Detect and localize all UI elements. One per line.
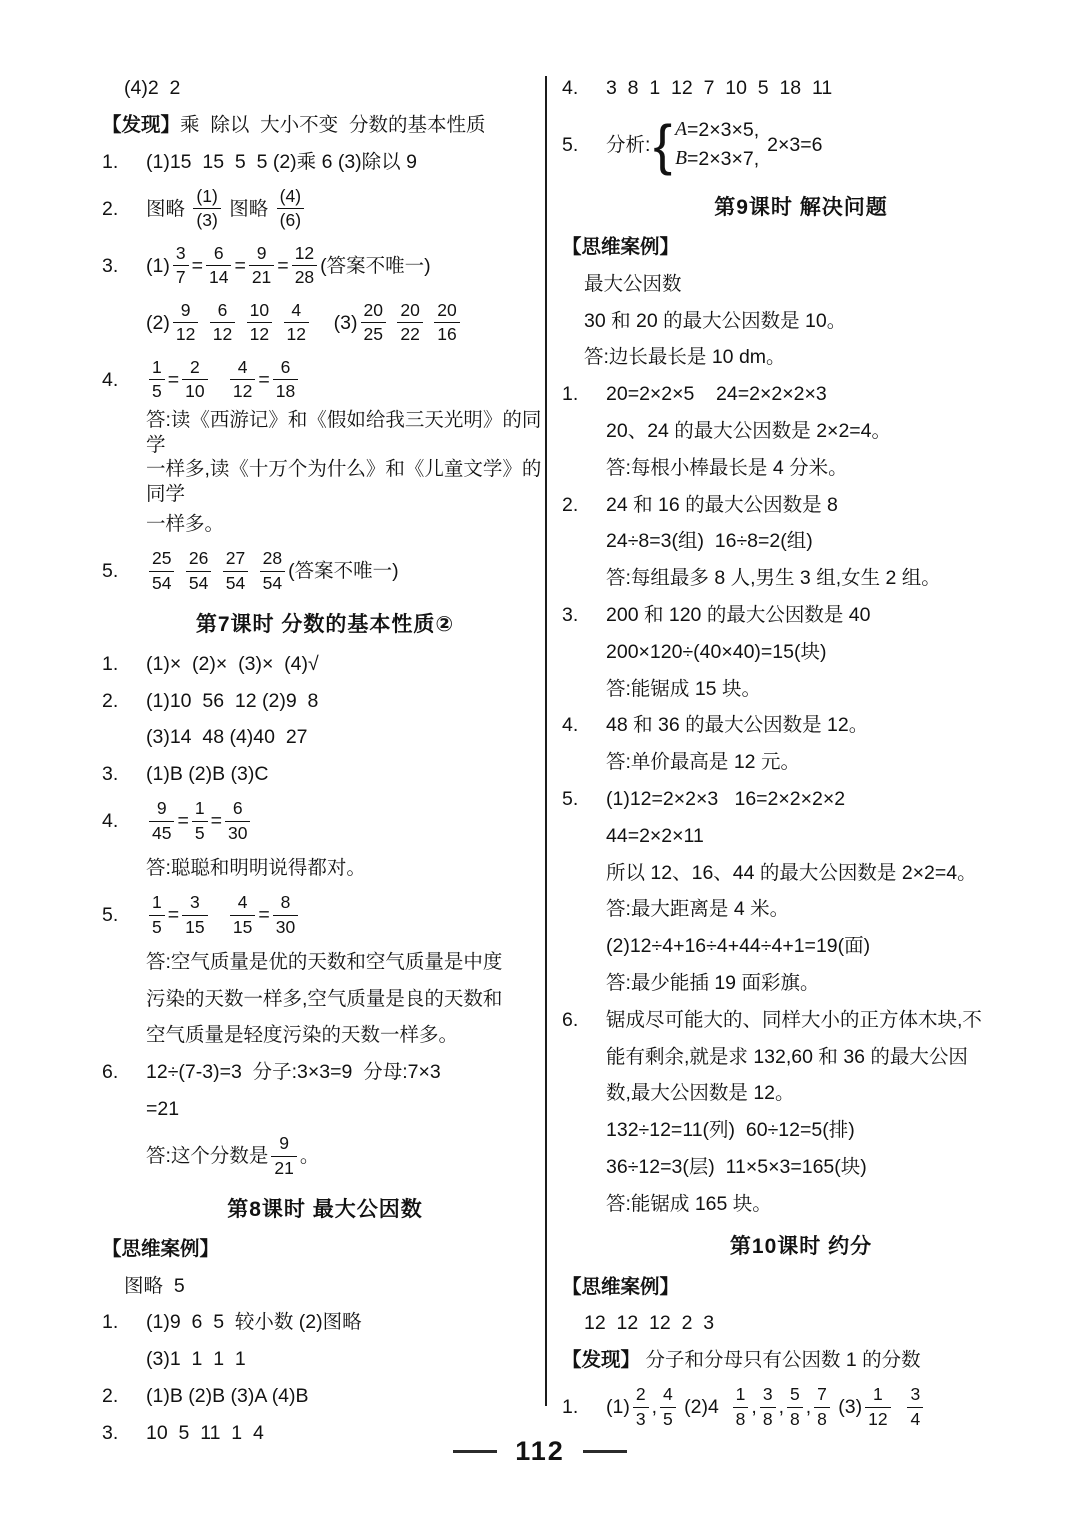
fraction: 412 [230, 359, 255, 401]
fraction: 2754 [223, 550, 248, 592]
answer-item: 1.(1)23,45 (2)4 18,38,58,78 (3)112 34 [562, 1379, 1040, 1436]
fraction-denominator: 14 [206, 265, 231, 287]
text-run: (1)10 56 12 (2)9 8 [146, 689, 318, 713]
line-content: 所以 12、16、44 的最大公因数是 2×2=4。 [606, 861, 977, 885]
text-run: 44=2×2×11 [606, 824, 704, 848]
fraction: 315 [182, 894, 207, 936]
item-number: 1. [102, 652, 146, 676]
fraction: 2025 [361, 302, 386, 344]
line-content: 30 和 20 的最大公因数是 10。 [584, 309, 846, 333]
fraction: 210 [182, 359, 207, 401]
line-content: 能有剩余,就是求 132,60 和 36 的最大公因 [606, 1045, 968, 1069]
text-run: = [168, 903, 179, 927]
line-content: 答:最大距离是 4 米。 [606, 897, 789, 921]
text-run: 答:最少能插 19 面彩旗。 [606, 971, 819, 995]
answer-line: 答:能锯成 165 块。 [606, 1186, 1040, 1223]
line-content: 答:边长最长是 10 dm。 [584, 345, 786, 369]
line-content: (1)B (2)B (3)C [146, 762, 268, 786]
answer-line: 答:每根小棒最长是 4 分米。 [606, 450, 1040, 487]
text-run [201, 311, 206, 335]
answer-line: (3)1 1 1 1 [146, 1341, 548, 1378]
brace-rows: A=2×3×5,B=2×3×7, [675, 118, 759, 172]
fraction: 612 [210, 302, 235, 344]
fraction-denominator: 8 [814, 1407, 830, 1429]
fraction-denominator: 54 [186, 571, 211, 593]
text-run: 最大公因数 [584, 272, 682, 296]
line-content: 24 和 16 的最大公因数是 8 [606, 493, 838, 517]
fraction-denominator: 4 [907, 1407, 923, 1429]
line-content: =21 [146, 1097, 179, 1121]
answer-line: 答:最少能插 19 面彩旗。 [606, 965, 1040, 1002]
answer-item: 2.图略 (1)(3) 图略 (4)(6) [102, 180, 548, 237]
line-content: 20=2×2×5 24=2×2×2×3 [606, 382, 827, 406]
fraction-denominator: 12 [284, 322, 309, 344]
fraction: 23 [633, 1386, 649, 1428]
line-content: (2)912 612 1012 412 (3)2025 2022 2016 [146, 302, 463, 344]
item-number: 4. [102, 368, 146, 392]
fraction-denominator: 12 [230, 379, 255, 401]
line-content: 答:能锯成 15 块。 [606, 677, 761, 701]
line-content: 200 和 120 的最大公因数是 40 [606, 603, 870, 627]
text-run: 36÷12=3(层) 11×5×3=165(块) [606, 1155, 867, 1179]
analysis-line: 5.分析:{A=2×3×5,B=2×3×7,2×3=6 [562, 107, 1040, 183]
text-run: (1)× (2)× (3)× (4)√ [146, 652, 319, 676]
line-content: 945=15=630 [146, 800, 253, 842]
fraction-denominator: 45 [149, 821, 174, 843]
text-run [894, 1395, 905, 1419]
text-run [211, 368, 227, 392]
text-run: 24 和 16 的最大公因数是 8 [606, 493, 838, 517]
fraction-numerator: 26 [186, 550, 211, 571]
answer-item: 2.(1)10 56 12 (2)9 8 [102, 682, 548, 719]
answer-line: 最大公因数 [584, 266, 1040, 303]
answer-line: 24÷8=3(组) 16÷8=2(组) [606, 523, 1040, 560]
fraction-denominator: 16 [434, 322, 459, 344]
text-run [177, 559, 182, 583]
answer-item: 4.48 和 36 的最大公因数是 12。 [562, 707, 1040, 744]
line-content: 【发现】 分子和分母只有公因数 1 的分数 [562, 1348, 921, 1372]
text-run: 所以 12、16、44 的最大公因数是 2×2=4。 [606, 861, 977, 885]
line-content: 一样多。 [146, 512, 224, 536]
text-run: (3) [312, 311, 358, 335]
answer-line: 答:单价最高是 12 元。 [606, 744, 1040, 781]
line-content: 空气质量是轻度污染的天数一样多。 [146, 1023, 458, 1047]
fraction-denominator: (3) [193, 208, 220, 230]
text-run: = [234, 254, 245, 278]
answer-line: 36÷12=3(层) 11×5×3=165(块) [606, 1149, 1040, 1186]
text-run: =2×3×5, [687, 118, 759, 142]
left-column: (4)2 2【发现】乘 除以 大小不变 分数的基本性质1.(1)15 15 5 … [102, 70, 548, 1451]
answer-line: 答:聪聪和明明说得都对。 [146, 850, 548, 887]
fraction-numerator: 9 [276, 1135, 292, 1156]
fraction: 37 [173, 245, 189, 287]
text-run: 答:边长最长是 10 dm。 [584, 345, 786, 369]
fraction-numerator: 5 [787, 1386, 803, 1407]
answer-item: 4.3 8 1 12 7 10 5 18 11 [562, 70, 1040, 107]
text-run: (1)B (2)B (3)A (4)B [146, 1384, 309, 1408]
text-run [251, 559, 256, 583]
page-number: 112 [515, 1436, 565, 1467]
answer-item: 3.(1)B (2)B (3)C [102, 756, 548, 793]
text-run: 答:聪聪和明明说得都对。 [146, 856, 366, 880]
text-run: 24÷8=3(组) 16÷8=2(组) [606, 529, 813, 553]
fraction-numerator: 6 [230, 800, 246, 821]
answer-line: (4)2 2 [124, 70, 548, 107]
answer-line: (3)14 48 (4)40 27 [146, 719, 548, 756]
answer-item: 1.(1)9 6 5 较小数 (2)图略 [102, 1304, 548, 1341]
item-number: 4. [102, 809, 146, 833]
line-content: 数,最大公因数是 12。 [606, 1081, 795, 1105]
line-content: 【思维案例】 [562, 1275, 679, 1299]
fraction: 58 [787, 1386, 803, 1428]
fraction-denominator: 25 [361, 322, 386, 344]
text-run: 答:空气质量是优的天数和空气质量是中度 [146, 950, 502, 974]
answer-line: 答:最大距离是 4 米。 [606, 891, 1040, 928]
fraction-denominator: 7 [173, 265, 189, 287]
fraction-denominator: 30 [273, 915, 298, 937]
line-content: 15=210 412=618 [146, 359, 301, 401]
fraction-numerator: (4) [277, 188, 304, 209]
line-content: (1)× (2)× (3)× (4)√ [146, 652, 319, 676]
text-run: 30 和 20 的最大公因数是 10。 [584, 309, 846, 333]
fraction-numerator: 20 [397, 302, 422, 323]
section-heading: 第10课时 约分 [562, 1222, 1040, 1268]
fraction-numerator: 7 [814, 1386, 830, 1407]
fraction: 15 [149, 359, 165, 401]
line-content: (3)1 1 1 1 [146, 1347, 246, 1371]
fraction-denominator: 54 [223, 571, 248, 593]
line-content: (1)15 15 5 5 (2)乘 6 (3)除以 9 [146, 150, 417, 174]
text-run [238, 311, 243, 335]
text-run: (3)14 48 (4)40 27 [146, 725, 308, 749]
line-content: 答:这个分数是921。 [146, 1135, 319, 1177]
line-content: 答:空气质量是优的天数和空气质量是中度 [146, 950, 502, 974]
line-content: 污染的天数一样多,空气质量是良的天数和 [146, 987, 502, 1011]
item-number: 2. [562, 493, 606, 517]
answer-item: 4.15=210 412=618 [102, 351, 548, 408]
text-run: =21 [146, 1097, 179, 1121]
fraction: 830 [273, 894, 298, 936]
fraction: 1228 [292, 245, 317, 287]
answer-item: 5.(1)12=2×2×3 16=2×2×2×2 [562, 781, 1040, 818]
text-run [211, 903, 227, 927]
fraction: 15 [192, 800, 208, 842]
text-run: 污染的天数一样多,空气质量是良的天数和 [146, 987, 502, 1011]
text-run: 200×120÷(40×40)=15(块) [606, 640, 826, 664]
fraction: 415 [230, 894, 255, 936]
fraction: 18 [733, 1386, 749, 1428]
text-run: 能有剩余,就是求 132,60 和 36 的最大公因 [606, 1045, 968, 1069]
line-content: 12 12 12 2 3 [584, 1311, 714, 1335]
line-content: 图略 5 [124, 1274, 185, 1298]
text-run: 空气质量是轻度污染的天数一样多。 [146, 1023, 458, 1047]
text-run: 3 8 1 12 7 10 5 18 11 [606, 76, 832, 100]
item-number: 5. [562, 133, 606, 157]
line-content: 答:单价最高是 12 元。 [606, 750, 800, 774]
text-run: (1)15 15 5 5 (2)乘 6 (3)除以 9 [146, 150, 417, 174]
line-content: (2)12÷4+16÷4+44÷4+1=19(面) [606, 934, 870, 958]
text-run: 答:单价最高是 12 元。 [606, 750, 800, 774]
answer-line: 数,最大公因数是 12。 [606, 1075, 1040, 1112]
line-content: (1)37=614=921=1228(答案不唯一) [146, 245, 431, 287]
text-run: 答:这个分数是 [146, 1144, 268, 1168]
line-content: 44=2×2×11 [606, 824, 704, 848]
answer-line: 答:读《西游记》和《假如给我三天光明》的同学 [146, 408, 548, 457]
answer-line: 一样多。 [146, 506, 548, 543]
text-run: 图略 5 [124, 1274, 185, 1298]
item-number: 2. [102, 689, 146, 713]
text-run: = [177, 809, 188, 833]
fraction-numerator: 1 [870, 1386, 886, 1407]
text-run: 132÷12=11(列) 60÷12=5(排) [606, 1118, 855, 1142]
fraction-denominator: 8 [787, 1407, 803, 1429]
line-content: 2554 2654 2754 2854(答案不唯一) [146, 550, 399, 592]
item-number: 5. [562, 787, 606, 811]
fraction: 78 [814, 1386, 830, 1428]
answer-item: 3.200 和 120 的最大公因数是 40 [562, 597, 1040, 634]
text-run: (3) [833, 1395, 862, 1419]
answer-line: 30 和 20 的最大公因数是 10。 [584, 302, 1040, 339]
line-content: 20、24 的最大公因数是 2×2=4。 [606, 419, 891, 443]
brace-row: B=2×3×7, [675, 147, 759, 171]
answer-line: 132÷12=11(列) 60÷12=5(排) [606, 1112, 1040, 1149]
text-run: (1) [146, 254, 170, 278]
tag-label: 【思维案例】 [562, 1275, 679, 1299]
text-run: (1)12=2×2×3 16=2×2×2×2 [606, 787, 845, 811]
fraction: 921 [271, 1135, 296, 1177]
line-content: 36÷12=3(层) 11×5×3=165(块) [606, 1155, 867, 1179]
text-run: 分析: [606, 133, 650, 157]
answer-line: 20、24 的最大公因数是 2×2=4。 [606, 413, 1040, 450]
line-content: 【发现】乘 除以 大小不变 分数的基本性质 [102, 113, 486, 137]
fraction-numerator: 3 [173, 245, 189, 266]
fraction-numerator: 3 [907, 1386, 923, 1407]
text-run: =2×3×7, [687, 147, 759, 171]
item-number: 6. [102, 1060, 146, 1084]
fraction: 34 [907, 1386, 923, 1428]
fraction-numerator: 1 [149, 894, 165, 915]
text-run: 分子和分母只有公因数 1 的分数 [640, 1348, 921, 1372]
text-run: 数,最大公因数是 12。 [606, 1081, 795, 1105]
answer-item: 6.锯成尽可能大的、同样大小的正方体木块,不 [562, 1002, 1040, 1039]
fraction-denominator: 12 [210, 322, 235, 344]
answer-line: (2)912 612 1012 412 (3)2025 2022 2016 [146, 294, 548, 351]
item-number: 4. [562, 76, 606, 100]
fraction-numerator: 6 [278, 359, 294, 380]
fraction-denominator: 8 [733, 1407, 749, 1429]
line-content: 答:读《西游记》和《假如给我三天光明》的同学 [146, 408, 548, 457]
text-run: A [675, 118, 687, 142]
text-run: 。 [300, 1144, 320, 1168]
fraction: 2554 [149, 550, 174, 592]
fraction: 2022 [397, 302, 422, 344]
fraction-numerator: 9 [154, 800, 170, 821]
text-run: 答:能锯成 165 块。 [606, 1192, 772, 1216]
answer-line: 空气质量是轻度污染的天数一样多。 [146, 1017, 548, 1054]
right-column: 4.3 8 1 12 7 10 5 18 115.分析:{A=2×3×5,B=2… [562, 70, 1040, 1436]
text-run: 答:读《西游记》和《假如给我三天光明》的同学 [146, 408, 548, 457]
fraction: 2016 [434, 302, 459, 344]
fraction-numerator: 20 [361, 302, 386, 323]
line-content: (1)9 6 5 较小数 (2)图略 [146, 1310, 362, 1334]
fraction-denominator: 12 [247, 322, 272, 344]
fraction-numerator: 2 [187, 359, 203, 380]
fraction: (1)(3) [193, 188, 220, 230]
fraction-denominator: 5 [192, 821, 208, 843]
fraction-numerator: (1) [193, 188, 220, 209]
fraction-denominator: 28 [292, 265, 317, 287]
answer-item: 2.(1)B (2)B (3)A (4)B [102, 1378, 548, 1415]
text-run: = [277, 254, 288, 278]
page-footer: 112 [0, 1436, 1080, 1467]
fraction-denominator: 5 [149, 915, 165, 937]
text-run: 乘 除以 大小不变 分数的基本性质 [180, 113, 486, 137]
fraction: 15 [149, 894, 165, 936]
text-run: = [192, 254, 203, 278]
fraction-numerator: 8 [278, 894, 294, 915]
line-content: 答:每组最多 8 人,男生 3 组,女生 2 组。 [606, 566, 941, 590]
section-heading: 第8课时 最大公因数 [102, 1185, 548, 1231]
fraction-denominator: (6) [277, 208, 304, 230]
text-run: (2)12÷4+16÷4+44÷4+1=19(面) [606, 934, 870, 958]
line-content: 3 8 1 12 7 10 5 18 11 [606, 76, 832, 100]
section-heading: 第7课时 分数的基本性质② [102, 600, 548, 646]
text-run: (3)1 1 1 1 [146, 1347, 246, 1371]
text-run: = [211, 809, 222, 833]
fraction: 112 [865, 1386, 890, 1428]
text-run: 图略 [224, 197, 274, 221]
answer-item: 5.2554 2654 2754 2854(答案不唯一) [102, 543, 548, 600]
line-content: 最大公因数 [584, 272, 682, 296]
answer-line: 44=2×2×11 [606, 818, 1040, 855]
text-run: (答案不唯一) [288, 559, 399, 583]
answer-line: 【思维案例】 [562, 1268, 1040, 1305]
line-content: 48 和 36 的最大公因数是 12。 [606, 713, 868, 737]
line-content: 132÷12=11(列) 60÷12=5(排) [606, 1118, 855, 1142]
text-run [214, 559, 219, 583]
footer-right-dash [583, 1450, 627, 1453]
fraction: 614 [206, 245, 231, 287]
answer-item: 4.945=15=630 [102, 793, 548, 850]
line-content: 200×120÷(40×40)=15(块) [606, 640, 826, 664]
text-run: = [258, 903, 269, 927]
text-run: 一样多。 [146, 512, 224, 536]
text-run: = [168, 368, 179, 392]
fraction-numerator: 1 [149, 359, 165, 380]
fraction-denominator: 22 [397, 322, 422, 344]
text-run: (4)2 2 [124, 76, 180, 100]
fraction-denominator: 18 [273, 379, 298, 401]
line-content: 12÷(7-3)=3 分子:3×3=9 分母:7×3 [146, 1060, 441, 1084]
fraction-denominator: 3 [633, 1407, 649, 1429]
answer-line: 图略 5 [124, 1267, 548, 1304]
workbook-answer-page: (4)2 2【发现】乘 除以 大小不变 分数的基本性质1.(1)15 15 5 … [0, 0, 1080, 1528]
item-number: 5. [102, 903, 146, 927]
fraction: 921 [249, 245, 274, 287]
fraction: 45 [660, 1386, 676, 1428]
fraction-numerator: 4 [660, 1386, 676, 1407]
fraction-numerator: 10 [247, 302, 272, 323]
text-run: = [258, 368, 269, 392]
fraction: 912 [173, 302, 198, 344]
answer-line: 答:能锯成 15 块。 [606, 670, 1040, 707]
line-content: 【思维案例】 [562, 235, 679, 259]
fraction-numerator: 4 [235, 359, 251, 380]
text-run: 一样多,读《十万个为什么》和《儿童文学》的同学 [146, 457, 548, 506]
fraction-numerator: 4 [288, 302, 304, 323]
fraction-numerator: 1 [733, 1386, 749, 1407]
answer-line: 12 12 12 2 3 [584, 1305, 1040, 1342]
line-content: 锯成尽可能大的、同样大小的正方体木块,不 [606, 1008, 982, 1032]
line-content: (4)2 2 [124, 76, 180, 100]
brace-row: A=2×3×5, [675, 118, 759, 142]
fraction-denominator: 5 [660, 1407, 676, 1429]
fraction-numerator: 28 [260, 550, 285, 571]
line-content: 答:最少能插 19 面彩旗。 [606, 971, 819, 995]
answer-item: 3.(1)37=614=921=1228(答案不唯一) [102, 237, 548, 294]
answer-line: 所以 12、16、44 的最大公因数是 2×2=4。 [606, 854, 1040, 891]
item-number: 1. [102, 150, 146, 174]
text-run: 锯成尽可能大的、同样大小的正方体木块,不 [606, 1008, 982, 1032]
answer-line: 一样多,读《十万个为什么》和《儿童文学》的同学 [146, 457, 548, 506]
text-run: , [779, 1395, 784, 1419]
fraction: 630 [225, 800, 250, 842]
fraction-numerator: 3 [760, 1386, 776, 1407]
fraction-denominator: 30 [225, 821, 250, 843]
fraction: 412 [284, 302, 309, 344]
tag-label: 【思维案例】 [562, 235, 679, 259]
line-content: (1)12=2×2×3 16=2×2×2×2 [606, 787, 845, 811]
fraction: 1012 [247, 302, 272, 344]
text-run [275, 311, 280, 335]
item-number: 2. [102, 197, 146, 221]
fraction-numerator: 20 [434, 302, 459, 323]
text-run: 答:能锯成 15 块。 [606, 677, 761, 701]
item-number: 4. [562, 713, 606, 737]
text-run: 48 和 36 的最大公因数是 12。 [606, 713, 868, 737]
fraction-denominator: 54 [149, 571, 174, 593]
fraction: 945 [149, 800, 174, 842]
text-run: (1)B (2)B (3)C [146, 762, 268, 786]
text-run: 12÷(7-3)=3 分子:3×3=9 分母:7×3 [146, 1060, 441, 1084]
tag-label: 【思维案例】 [102, 1237, 219, 1261]
text-run: (答案不唯一) [320, 254, 431, 278]
fraction: 2654 [186, 550, 211, 592]
fraction-numerator: 6 [215, 302, 231, 323]
answer-line: 200×120÷(40×40)=15(块) [606, 634, 1040, 671]
fraction: 38 [760, 1386, 776, 1428]
column-divider-rule [545, 76, 547, 1406]
fraction-numerator: 25 [149, 550, 174, 571]
text-run: 2×3=6 [767, 133, 822, 157]
fraction-numerator: 27 [223, 550, 248, 571]
fraction-numerator: 1 [192, 800, 208, 821]
fraction: 618 [273, 359, 298, 401]
item-number: 3. [102, 762, 146, 786]
fraction-numerator: 4 [235, 894, 251, 915]
text-run: 200 和 120 的最大公因数是 40 [606, 603, 870, 627]
section-heading: 第9课时 解决问题 [562, 183, 1040, 229]
tag-label: 【发现】 [562, 1348, 640, 1372]
item-number: 6. [562, 1008, 606, 1032]
line-content: 答:聪聪和明明说得都对。 [146, 856, 366, 880]
text-run: 20=2×2×5 24=2×2×2×3 [606, 382, 827, 406]
answer-item: 1.(1)15 15 5 5 (2)乘 6 (3)除以 9 [102, 144, 548, 181]
answer-line: 答:每组最多 8 人,男生 3 组,女生 2 组。 [606, 560, 1040, 597]
line-content: (3)14 48 (4)40 27 [146, 725, 308, 749]
fraction: 2854 [260, 550, 285, 592]
line-content: 答:能锯成 165 块。 [606, 1192, 772, 1216]
